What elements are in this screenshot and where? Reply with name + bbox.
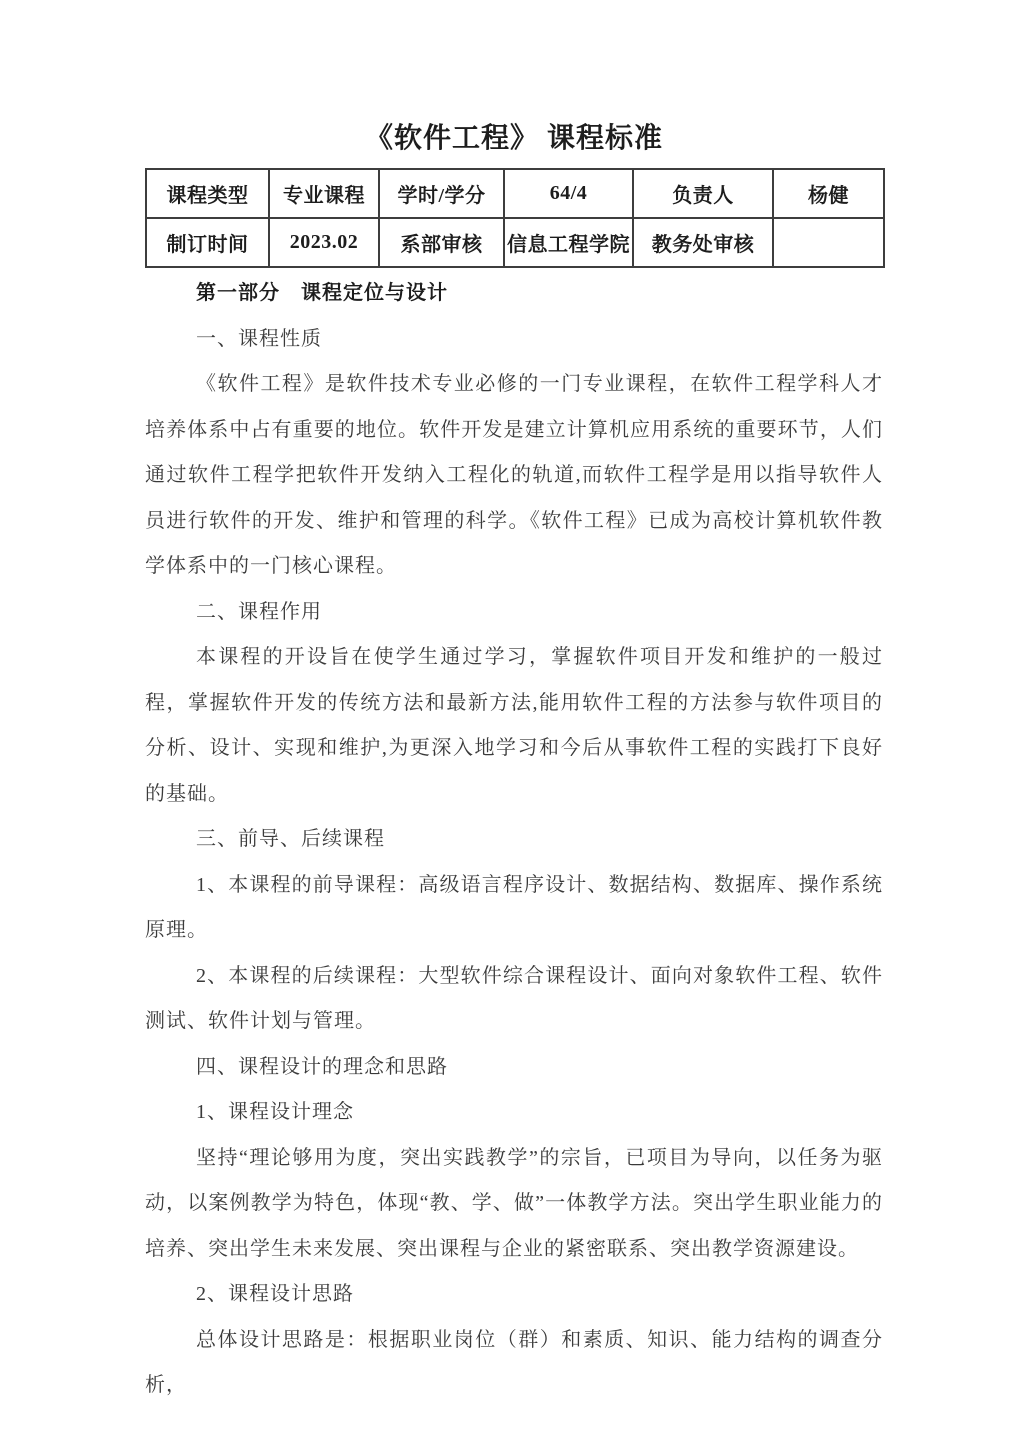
course-info-table: 课程类型 专业课程 学时/学分 64/4 负责人 杨健 制订时间 2023.02… bbox=[145, 168, 885, 268]
subheading: 1、课程设计理念 bbox=[145, 1090, 883, 1136]
cell-hours-credits-label: 学时/学分 bbox=[379, 169, 504, 218]
cell-academic-office-review-label: 教务处审核 bbox=[633, 218, 773, 267]
body-paragraph: 本课程的开设旨在使学生通过学习，掌握软件项目开发和维护的一般过程，掌握软件开发的… bbox=[145, 635, 883, 817]
subheading: 2、课程设计思路 bbox=[145, 1272, 883, 1318]
document-title: 《软件工程》 课程标准 bbox=[145, 119, 883, 159]
cell-person-in-charge-value: 杨健 bbox=[773, 169, 884, 218]
body-paragraph: 2、本课程的后续课程：大型软件综合课程设计、面向对象软件工程、软件测试、软件计划… bbox=[145, 954, 883, 1045]
section-heading: 第一部分 课程定位与设计 bbox=[145, 271, 883, 317]
cell-course-type-value: 专业课程 bbox=[269, 169, 379, 218]
body-paragraph: 《软件工程》是软件技术专业必修的一门专业课程，在软件工程学科人才培养体系中占有重… bbox=[145, 362, 883, 590]
document-body: 第一部分 课程定位与设计一、课程性质《软件工程》是软件技术专业必修的一门专业课程… bbox=[145, 271, 883, 1409]
table-row: 制订时间 2023.02 系部审核 信息工程学院 教务处审核 bbox=[146, 218, 884, 267]
cell-hours-credits-value: 64/4 bbox=[504, 169, 633, 218]
cell-course-type-label: 课程类型 bbox=[146, 169, 269, 218]
table-row: 课程类型 专业课程 学时/学分 64/4 负责人 杨健 bbox=[146, 169, 884, 218]
cell-date-value: 2023.02 bbox=[269, 218, 379, 267]
subheading: 三、前导、后续课程 bbox=[145, 817, 883, 863]
cell-academic-office-review-value bbox=[773, 218, 884, 267]
subheading: 一、课程性质 bbox=[145, 317, 883, 363]
subheading: 二、课程作用 bbox=[145, 590, 883, 636]
cell-dept-review-label: 系部审核 bbox=[379, 218, 504, 267]
subheading: 四、课程设计的理念和思路 bbox=[145, 1045, 883, 1091]
cell-person-in-charge-label: 负责人 bbox=[633, 169, 773, 218]
body-paragraph: 1、本课程的前导课程：高级语言程序设计、数据结构、数据库、操作系统原理。 bbox=[145, 863, 883, 954]
cell-date-label: 制订时间 bbox=[146, 218, 269, 267]
cell-dept-review-value: 信息工程学院 bbox=[504, 218, 633, 267]
body-paragraph: 总体设计思路是：根据职业岗位（群）和素质、知识、能力结构的调查分析， bbox=[145, 1318, 883, 1409]
document-page: 《软件工程》 课程标准 课程类型 专业课程 学时/学分 64/4 负责人 杨健 … bbox=[0, 0, 1024, 1448]
body-paragraph: 坚持“理论够用为度，突出实践教学”的宗旨，已项目为导向，以任务为驱动，以案例教学… bbox=[145, 1136, 883, 1273]
